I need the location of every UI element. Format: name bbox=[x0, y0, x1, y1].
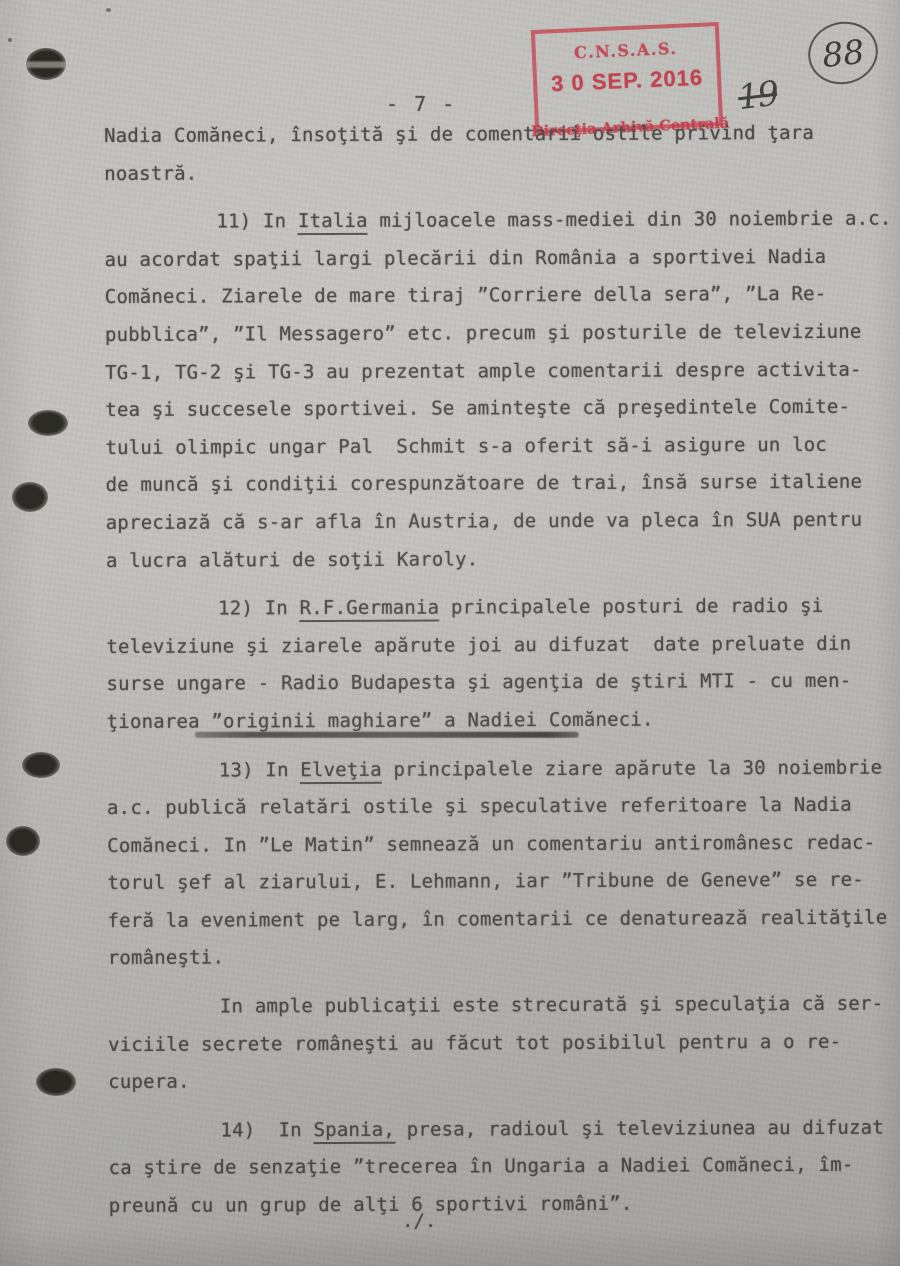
text-line: româneşti. bbox=[108, 937, 900, 978]
text-line: ca ştire de senzaţie ”trecerea în Ungari… bbox=[109, 1147, 900, 1188]
text-line: feră la eveniment pe larg, în comentarii… bbox=[107, 899, 900, 940]
text-line: TG-1, TG-2 şi TG-3 au prezentat ample co… bbox=[105, 351, 900, 392]
text-line: torul şef al ziarului, E. Lehmann, iar ”… bbox=[107, 862, 900, 903]
text-line: tului olimpic ungar Pal Schmit s-a oferi… bbox=[105, 426, 900, 467]
text-line: tea şi succesele sportivei. Se aminteşte… bbox=[105, 389, 900, 430]
text-run: Comăneci. Ziarele de mare tiraj ”Corrier… bbox=[105, 283, 827, 308]
punch-hole bbox=[12, 482, 48, 512]
text-line: Nadia Comăneci, însoţită şi de comentari… bbox=[104, 115, 900, 156]
text-line: noastră. bbox=[104, 152, 900, 193]
text-run: a.c. publică relatări ostile şi speculat… bbox=[107, 794, 852, 819]
text-run: mijloacele mass-mediei din 30 noiembrie … bbox=[368, 208, 892, 232]
text-run: 11) In bbox=[216, 210, 298, 232]
text-run: principalele ziare apărute la 30 noiembr… bbox=[382, 756, 883, 780]
text-run: feră la eveniment pe larg, în comentarii… bbox=[107, 906, 887, 931]
text-run: de muncă şi condiţii corespunzătoare de … bbox=[106, 471, 863, 496]
text-run: torul şef al ziarului, E. Lehmann, iar ”… bbox=[107, 869, 864, 894]
text-line: preună cu un grup de alţi 6 sportivi rom… bbox=[109, 1185, 900, 1226]
text-run: preună cu un grup de alţi 6 sportivi rom… bbox=[109, 1193, 633, 1217]
text-run: principalele posturi de radio şi bbox=[439, 595, 823, 619]
text-line: 11) In Italia mijloacele mass-mediei din… bbox=[104, 201, 900, 242]
punch-hole bbox=[6, 826, 40, 856]
text-body: Nadia Comăneci, însoţită şi de comentari… bbox=[104, 115, 900, 1226]
text-run: pubblica”, ”Il Messagero” etc. precum şi… bbox=[105, 321, 862, 346]
punch-hole bbox=[28, 410, 68, 436]
paragraph: Nadia Comăneci, însoţită şi de comentari… bbox=[104, 115, 900, 194]
punch-hole bbox=[22, 752, 60, 778]
text-run: tului olimpic ungar Pal Schmit s-a oferi… bbox=[105, 434, 827, 459]
text-run: tea şi succesele sportivei. Se aminteşte… bbox=[105, 396, 850, 421]
text-run: ca ştire de senzaţie ”trecerea în Ungari… bbox=[109, 1154, 854, 1179]
paragraph: 12) In R.F.Germania principalele posturi… bbox=[106, 588, 900, 742]
text-run: româneşti. bbox=[108, 947, 224, 970]
text-run: 12) In bbox=[218, 597, 300, 619]
text-run: a lucra alături de soţii Karoly. bbox=[106, 548, 479, 572]
text-line: a.c. publică relatări ostile şi speculat… bbox=[107, 787, 900, 828]
text-run: au acordat spaţii largi plecării din Rom… bbox=[105, 246, 827, 271]
text-run: surse ungare - Radio Budapesta şi agenţi… bbox=[106, 670, 851, 695]
text-line: televiziune şi ziarele apărute joi au di… bbox=[106, 625, 900, 666]
circled-number-value: 88 bbox=[820, 31, 866, 74]
text-run: apreciază că s-ar afla în Austria, de un… bbox=[106, 509, 863, 534]
text-run: In ample publicaţii este strecurată şi s… bbox=[220, 993, 884, 1018]
underlined-country-name: Italia bbox=[298, 210, 368, 235]
text-line: 12) In R.F.Germania principalele posturi… bbox=[106, 588, 900, 629]
text-run: cupera. bbox=[108, 1071, 190, 1093]
page-number: - 7 - bbox=[386, 92, 456, 116]
paragraph: 14) In Spania, presa, radioul şi televiz… bbox=[108, 1109, 900, 1225]
dust-speck bbox=[106, 8, 111, 12]
text-run: 14) In bbox=[220, 1119, 313, 1141]
text-run: ţionarea ”originii maghiare” a Nadiei Co… bbox=[107, 709, 654, 733]
text-line: de muncă şi condiţii corespunzătoare de … bbox=[106, 464, 900, 505]
text-line: au acordat spaţii largi plecării din Rom… bbox=[105, 238, 900, 279]
dust-speck bbox=[8, 38, 12, 42]
text-run: TG-1, TG-2 şi TG-3 au prezentat ample co… bbox=[105, 358, 862, 383]
text-line: a lucra alături de soţii Karoly. bbox=[106, 539, 900, 580]
continuation-mark: ./. bbox=[402, 1210, 436, 1232]
stamp-organization-text: C.N.S.A.S. bbox=[535, 37, 716, 64]
paragraph: 13) In Elveţia principalele ziare apărut… bbox=[107, 749, 900, 978]
underlined-country-name: Spania, bbox=[313, 1119, 395, 1144]
paragraph: In ample publicaţii este strecurată şi s… bbox=[108, 986, 900, 1102]
stamp-date-text: 3 0 SEP. 2016 bbox=[537, 64, 718, 98]
text-line: surse ungare - Radio Budapesta şi agenţi… bbox=[106, 663, 900, 704]
text-line: Comăneci. Ziarele de mare tiraj ”Corrier… bbox=[105, 276, 900, 317]
text-line: viciile secrete româneşti au făcut tot p… bbox=[108, 1023, 900, 1064]
text-line: apreciază că s-ar afla în Austria, de un… bbox=[106, 501, 900, 542]
text-line: In ample publicaţii este strecurată şi s… bbox=[108, 986, 900, 1027]
text-run: viciile secrete româneşti au făcut tot p… bbox=[108, 1030, 841, 1055]
underlined-country-name: Elveţia bbox=[300, 758, 382, 783]
text-line: Comăneci. In ”Le Matin” semnează un come… bbox=[107, 824, 900, 865]
punch-hole bbox=[36, 1068, 76, 1096]
punch-hole bbox=[26, 48, 66, 80]
text-run: Nadia Comăneci, însoţită şi de comentari… bbox=[104, 122, 814, 147]
text-run: presa, radioul şi televiziunea au difuza… bbox=[395, 1116, 884, 1140]
text-line: 13) In Elveţia principalele ziare apărut… bbox=[107, 749, 900, 790]
underlined-country-name: R.F.Germania bbox=[300, 597, 440, 623]
text-run: Comăneci. In ”Le Matin” semnează un come… bbox=[107, 831, 875, 856]
text-run: 13) In bbox=[219, 759, 301, 781]
paragraph: 11) In Italia mijloacele mass-mediei din… bbox=[104, 201, 900, 580]
text-line: 14) In Spania, presa, radioul şi televiz… bbox=[108, 1109, 900, 1150]
pencil-underline-mark bbox=[195, 732, 579, 738]
text-run: televiziune şi ziarele apărute joi au di… bbox=[106, 632, 851, 657]
text-line: pubblica”, ”Il Messagero” etc. precum şi… bbox=[105, 313, 900, 354]
handwritten-crossed-number: 19 bbox=[736, 74, 780, 118]
text-run: noastră. bbox=[104, 162, 197, 184]
text-line: ţionarea ”originii maghiare” a Nadiei Co… bbox=[107, 700, 900, 741]
text-line: cupera. bbox=[108, 1061, 900, 1102]
